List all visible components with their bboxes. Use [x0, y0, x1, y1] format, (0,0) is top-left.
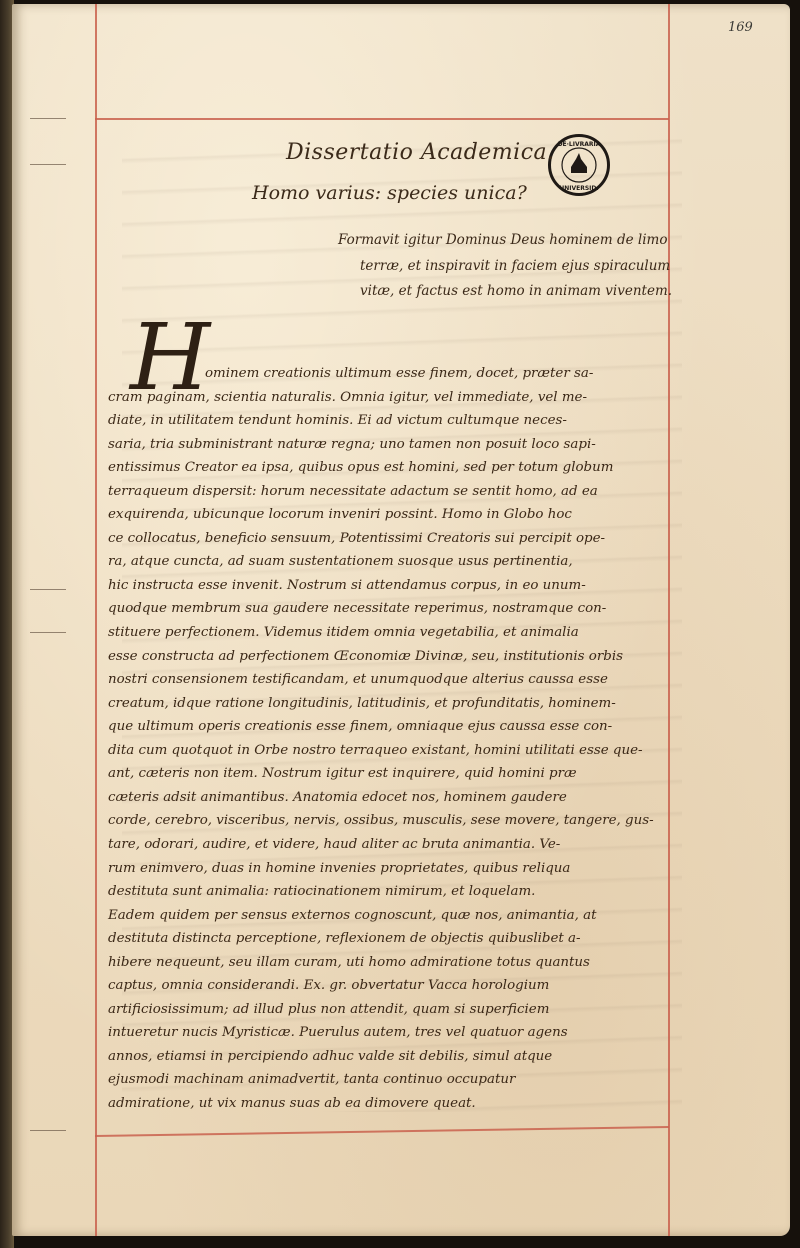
margin-tick	[30, 632, 66, 633]
body-line: ce collocatus, beneficio sensuum, Potent…	[108, 531, 668, 546]
right-margin-rule	[668, 4, 670, 1236]
folio-number: 169	[728, 20, 753, 35]
left-margin-rule	[95, 4, 97, 1236]
body-line: intueretur nucis Myristicæ. Puerulus aut…	[108, 1025, 668, 1040]
body-line: creatum, idque ratione longitudinis, lat…	[108, 696, 668, 711]
body-line: ra, atque cuncta, ad suam sustentationem…	[108, 554, 668, 569]
svg-text:UNIVERSID.: UNIVERSID.	[559, 185, 598, 192]
body-line: exquirenda, ubicunque locorum inveniri p…	[108, 507, 668, 522]
body-line: destituta distincta perceptione, reflexi…	[108, 931, 668, 946]
dissertation-subtitle: Homo varius: species unica?	[252, 182, 527, 204]
manuscript-scan: 169 DE·LIVRARIA UNIVERSID. Dissertatio A…	[0, 0, 800, 1248]
margin-tick	[30, 1130, 66, 1131]
body-line: que ultimum operis creationis esse finem…	[108, 719, 668, 734]
body-line: hic instructa esse invenit. Nostrum si a…	[108, 578, 668, 593]
body-line: esse constructa ad perfectionem Œconomiæ…	[108, 649, 668, 664]
body-line: terraqueum dispersit: horum necessitate …	[108, 484, 668, 499]
body-line: admiratione, ut vix manus suas ab ea dim…	[108, 1096, 668, 1111]
body-line: ominem creationis ultimum esse finem, do…	[205, 366, 675, 381]
body-line: nostri consensionem testificandam, et un…	[108, 672, 668, 687]
epigraph-line: Formavit igitur Dominus Deus hominem de …	[338, 232, 667, 248]
epigraph-line: terræ, et inspiravit in faciem ejus spir…	[360, 258, 670, 274]
body-line: quodque membrum sua gaudere necessitate …	[108, 601, 668, 616]
body-line: saria, tria subministrant naturæ regna; …	[108, 437, 668, 452]
margin-tick	[30, 589, 66, 590]
bottom-margin-rule	[95, 1126, 669, 1137]
body-line: annos, etiamsi in percipiendo adhuc vald…	[108, 1049, 668, 1064]
body-line: ant, cæteris non item. Nostrum igitur es…	[108, 766, 668, 781]
body-line: Eadem quidem per sensus externos cognosc…	[108, 908, 668, 923]
body-line: artificiosissimum; ad illud plus non att…	[108, 1002, 668, 1017]
margin-tick	[30, 118, 66, 119]
body-line: hibere nequeunt, seu illam curam, uti ho…	[108, 955, 668, 970]
top-margin-rule	[95, 118, 669, 120]
body-line: diate, in utilitatem tendunt hominis. Ei…	[108, 413, 668, 428]
dissertation-title: Dissertatio Academica.	[286, 140, 555, 165]
margin-tick	[30, 164, 66, 165]
body-line: destituta sunt animalia: ratiocinationem…	[108, 884, 668, 899]
body-line: ejusmodi machinam animadvertit, tanta co…	[108, 1072, 668, 1087]
body-line: captus, omnia considerandi. Ex. gr. obve…	[108, 978, 668, 993]
epigraph-line: vitæ, et factus est homo in animam viven…	[360, 283, 672, 299]
body-line: cæteris adsit animantibus. Anatomia edoc…	[108, 790, 668, 805]
body-line: entissimus Creator ea ipsa, quibus opus …	[108, 460, 668, 475]
body-line: corde, cerebro, visceribus, nervis, ossi…	[108, 813, 668, 828]
body-line: stituere perfectionem. Videmus itidem om…	[108, 625, 668, 640]
body-line: dita cum quotquot in Orbe nostro terraqu…	[108, 743, 668, 758]
library-stamp-icon: DE·LIVRARIA UNIVERSID.	[548, 134, 610, 196]
body-line: cram paginam, scientia naturalis. Omnia …	[108, 390, 668, 405]
body-line: tare, odorari, audire, et videre, haud a…	[108, 837, 668, 852]
body-line: rum enimvero, duas in homine invenies pr…	[108, 861, 668, 876]
svg-text:DE·LIVRARIA: DE·LIVRARIA	[558, 141, 601, 148]
